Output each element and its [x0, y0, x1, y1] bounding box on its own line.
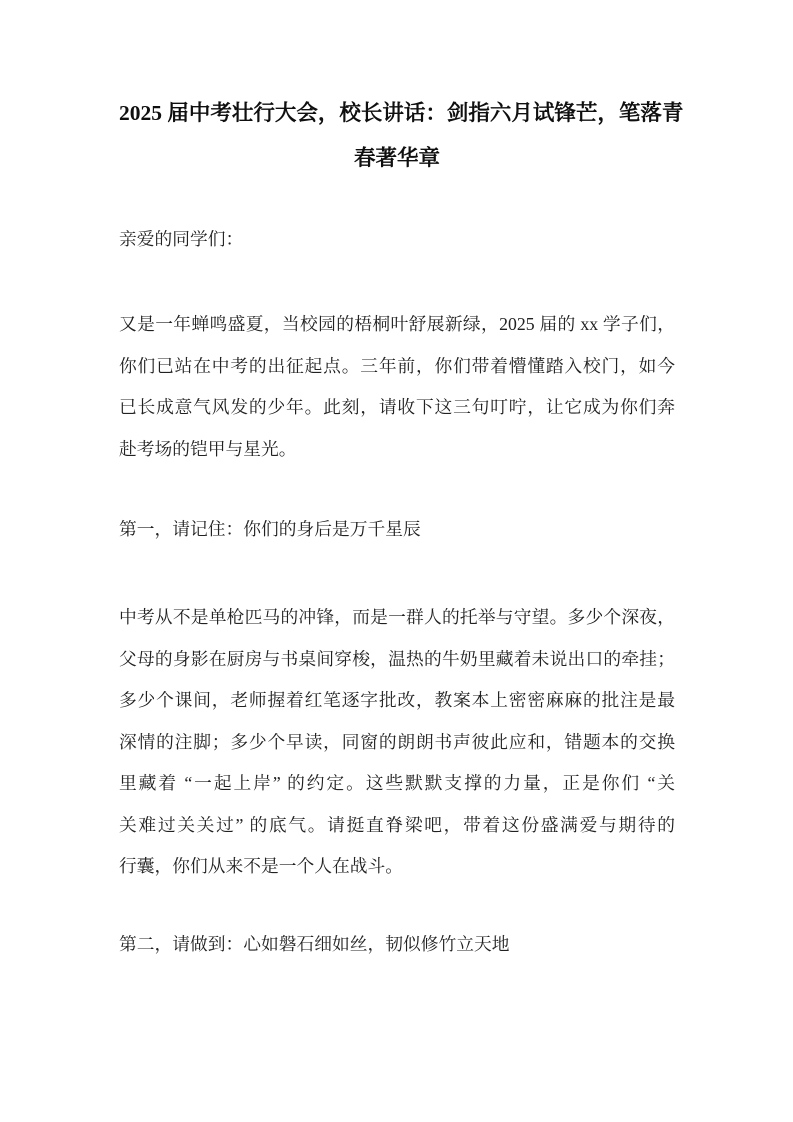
document-title: 2025 届中考壮行大会，校长讲话：剑指六月试锋芒，笔落青 春著华章	[119, 91, 675, 181]
section-heading-1: 第一，请记住：你们的身后是万千星辰	[119, 509, 675, 551]
paragraph-2-line-5: 里藏着 “一起上岸” 的约定。这些默默支撑的力量，正是你们 “关	[119, 763, 675, 805]
title-line-1: 2025 届中考壮行大会，校长讲话：剑指六月试锋芒，笔落青	[119, 91, 675, 136]
title-line-2: 春著华章	[119, 136, 675, 181]
paragraph-2-line-6: 关难过关关过” 的底气。请挺直脊梁吧，带着这份盛满爱与期待的	[119, 805, 675, 847]
section-heading-2: 第二，请做到：心如磐石细如丝，韧似修竹立天地	[119, 924, 675, 966]
paragraph-1-line-4: 赴考场的铠甲与星光。	[119, 429, 675, 471]
document-page: 2025 届中考壮行大会，校长讲话：剑指六月试锋芒，笔落青 春著华章 亲爱的同学…	[0, 0, 793, 1122]
paragraph-1-line-2: 你们已站在中考的出征起点。三年前，你们带着懵懂踏入校门，如今	[119, 346, 675, 388]
paragraph-2: 中考从不是单枪匹马的冲锋，而是一群人的托举与守望。多少个深夜， 父母的身影在厨房…	[119, 597, 675, 888]
salutation: 亲爱的同学们：	[119, 219, 675, 261]
paragraph-1-line-3: 已长成意气风发的少年。此刻，请收下这三句叮咛，让它成为你们奔	[119, 387, 675, 429]
paragraph-1: 又是一年蝉鸣盛夏，当校园的梧桐叶舒展新绿，2025 届的 xx 学子们， 你们已…	[119, 304, 675, 470]
paragraph-2-line-1: 中考从不是单枪匹马的冲锋，而是一群人的托举与守望。多少个深夜，	[119, 597, 675, 639]
paragraph-2-line-2: 父母的身影在厨房与书桌间穿梭，温热的牛奶里藏着未说出口的牵挂；	[119, 639, 675, 681]
paragraph-2-line-3: 多少个课间，老师握着红笔逐字批改，教案本上密密麻麻的批注是最	[119, 680, 675, 722]
paragraph-2-line-7: 行囊，你们从来不是一个人在战斗。	[119, 846, 675, 888]
paragraph-2-line-4: 深情的注脚；多少个早读，同窗的朗朗书声彼此应和，错题本的交换	[119, 722, 675, 764]
paragraph-1-line-1: 又是一年蝉鸣盛夏，当校园的梧桐叶舒展新绿，2025 届的 xx 学子们，	[119, 304, 675, 346]
